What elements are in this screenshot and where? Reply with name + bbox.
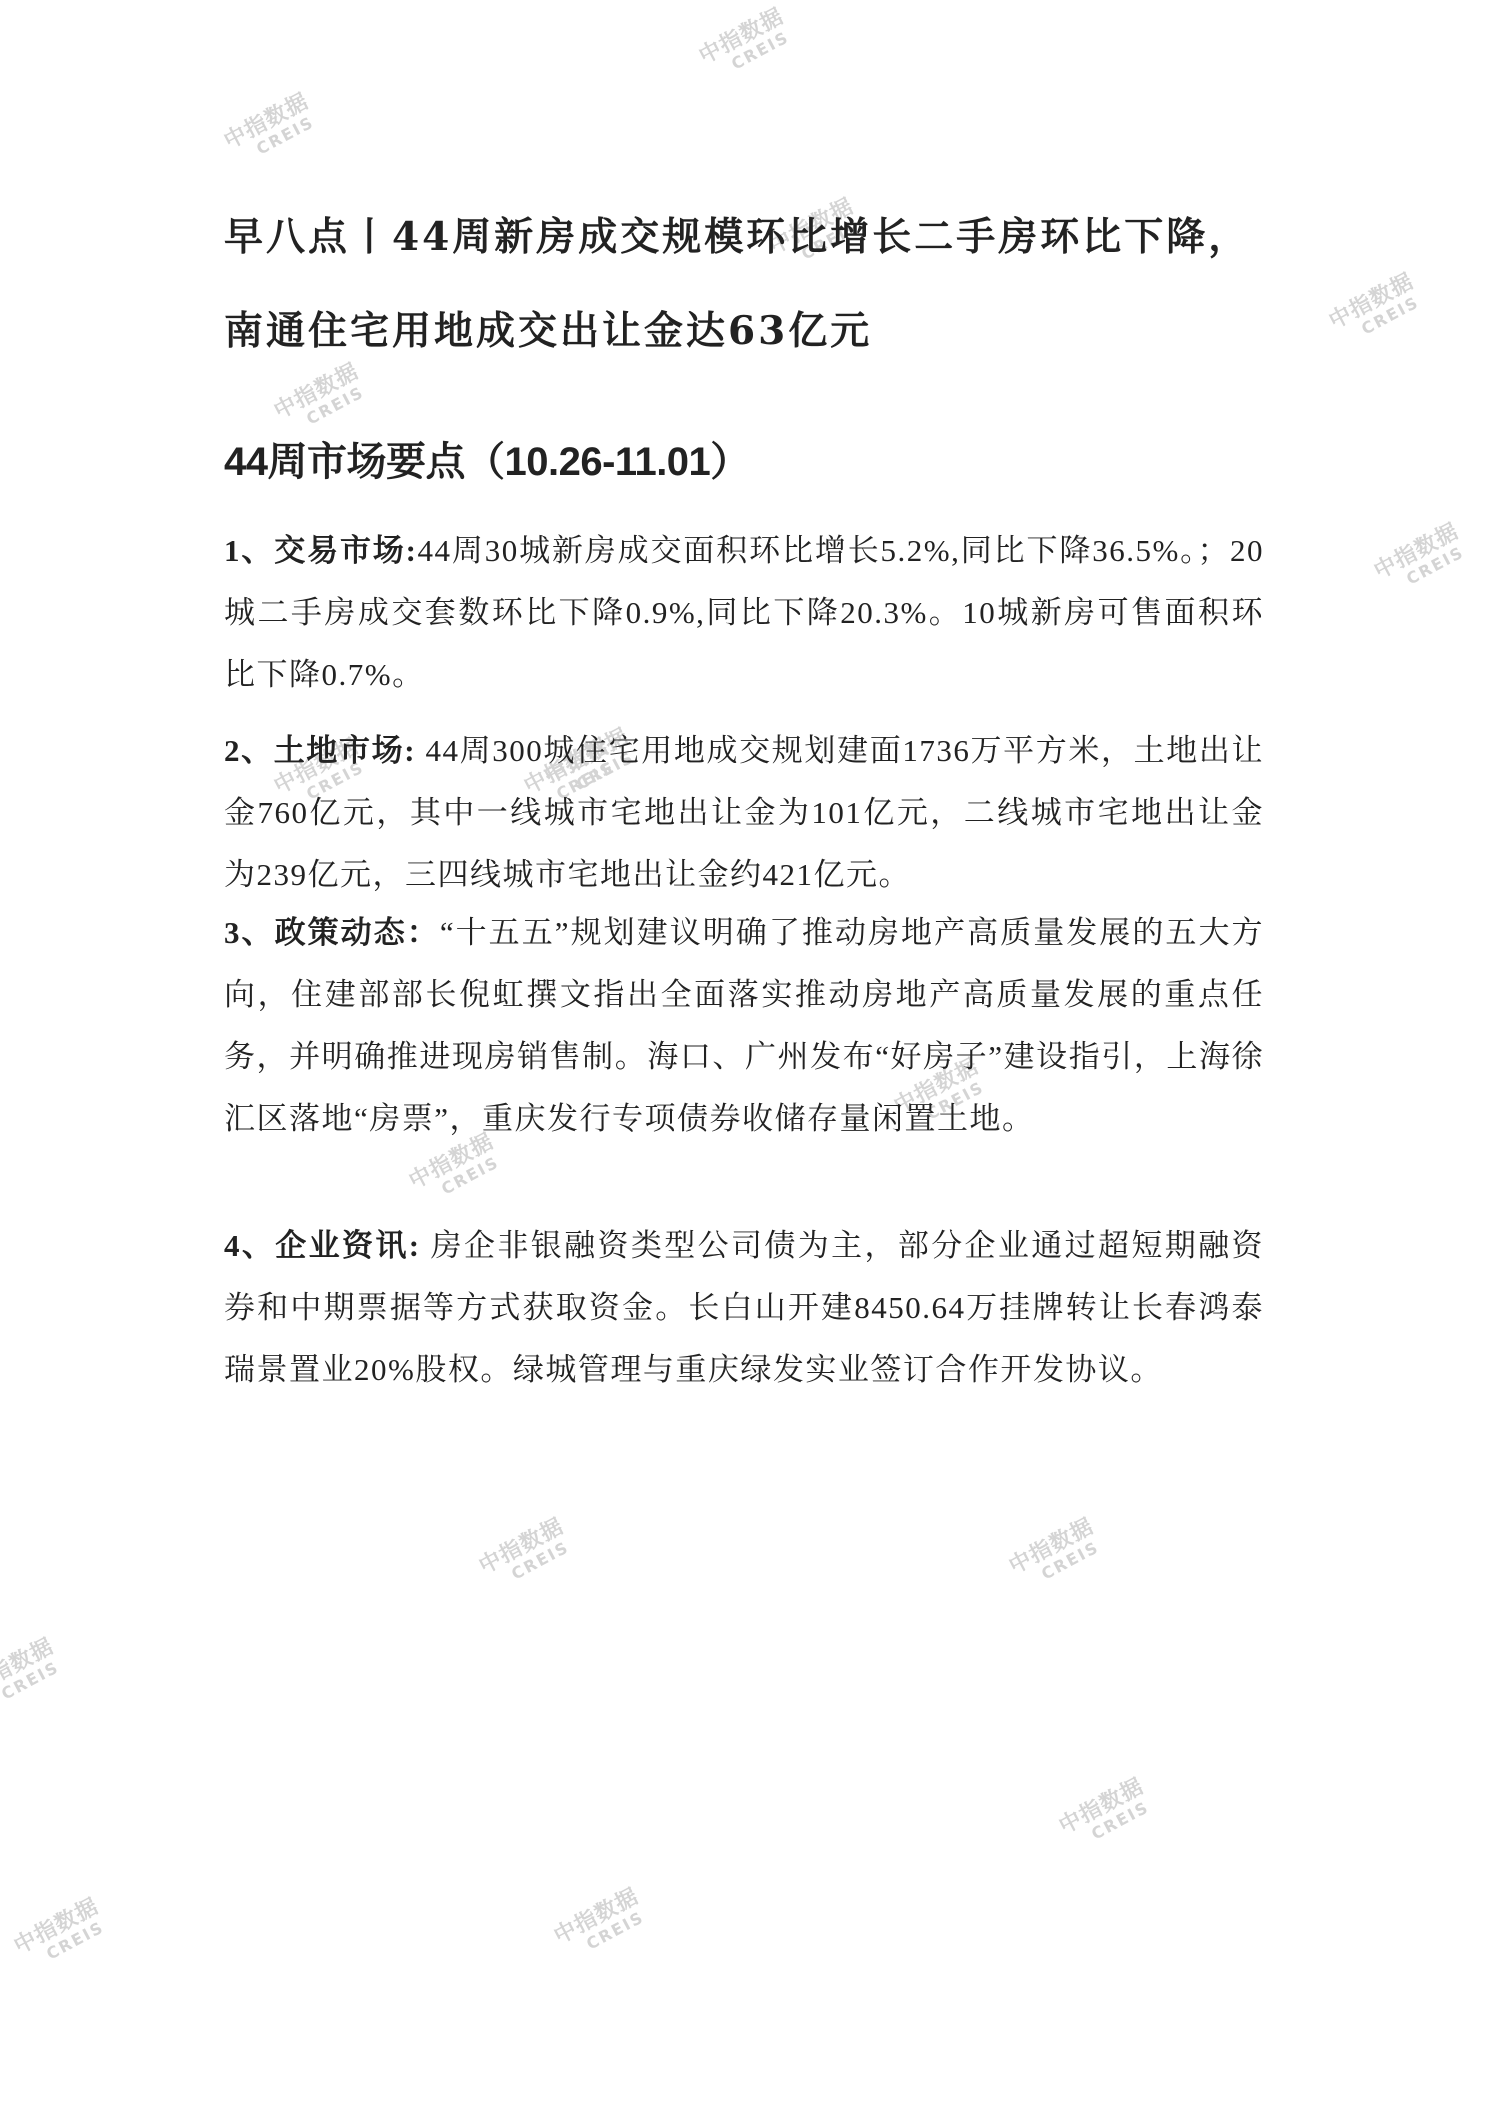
document-page: 中指数据 CREIS 中指数据 CREIS 中指数据 CREIS 中指数据 CR…	[0, 0, 1488, 2104]
watermark: 中指数据 CREIS	[221, 91, 321, 170]
paragraph-trading-market: 1、交易市场:44周30城新房成交面积环比增长5.2%,同比下降36.5%。；2…	[224, 520, 1264, 706]
watermark: 中指数据 CREIS	[11, 1896, 111, 1975]
paragraph-land-market: 2、土地市场: 44周300城住宅用地成交规划建面1736万平方米，土地出让金7…	[224, 720, 1264, 906]
watermark: 中指数据 CREIS	[696, 6, 796, 85]
watermark: 中指数据 CREIS	[551, 1886, 651, 1965]
paragraph-label: 4、企业资讯:	[224, 1228, 421, 1263]
watermark: 中指数据 CREIS	[0, 1636, 66, 1715]
paragraph-label: 3、政策动态：	[224, 915, 440, 950]
section-heading: 44周市场要点（10.26-11.01）	[224, 430, 750, 487]
paragraph-label: 2、土地市场:	[224, 733, 416, 768]
title-line-1: 早八点丨44周新房成交规模环比增长二手房环比下降，	[224, 217, 1250, 257]
watermark: 中指数据 CREIS	[1371, 521, 1471, 600]
watermark: 中指数据 CREIS	[1056, 1776, 1156, 1855]
watermark: 中指数据 CREIS	[271, 361, 371, 440]
watermark: 中指数据 CREIS	[1326, 271, 1426, 350]
watermark: 中指数据 CREIS	[476, 1516, 576, 1595]
watermark: 中指数据 CREIS	[1006, 1516, 1106, 1595]
paragraph-company-news: 4、企业资讯: 房企非银融资类型公司债为主，部分企业通过超短期融资券和中期票据等…	[224, 1215, 1264, 1401]
paragraph-label: 1、交易市场:	[224, 533, 418, 568]
paragraph-policy-news: 3、政策动态：“十五五”规划建议明确了推动房地产高质量发展的五大方向，住建部部长…	[224, 902, 1264, 1150]
title-line-2: 南通住宅用地成交出让金达63亿元	[224, 311, 872, 351]
